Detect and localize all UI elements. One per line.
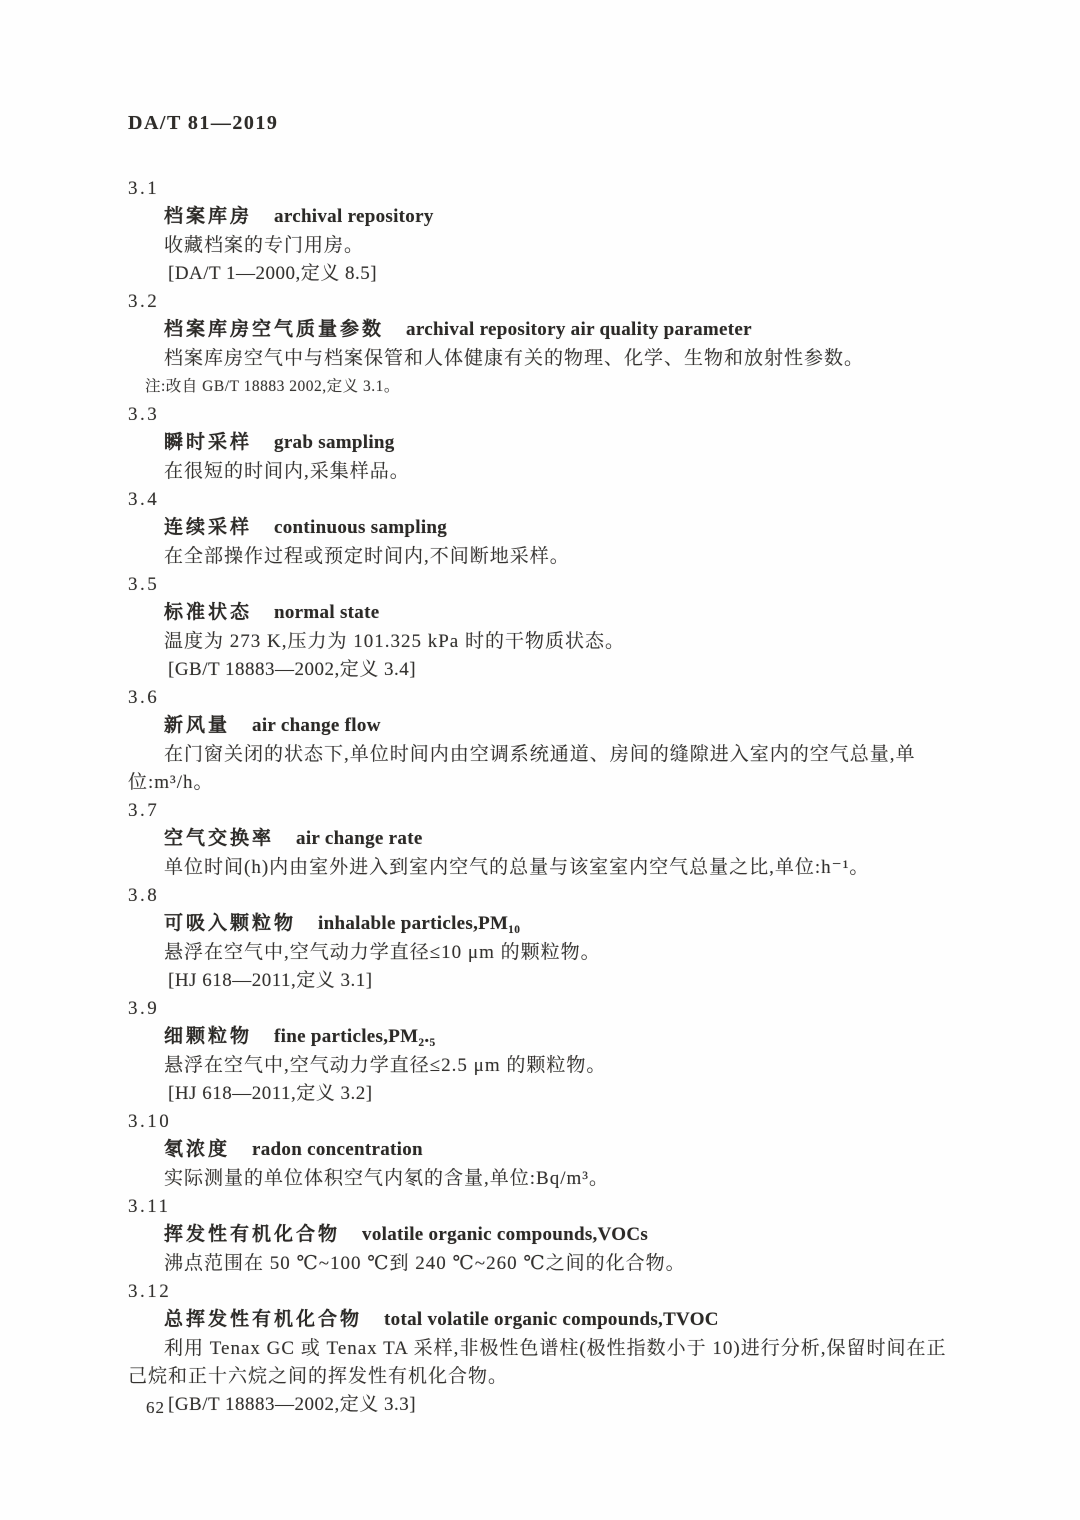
section-number: 3.6 xyxy=(128,684,962,712)
definition-text: 温度为 273 K,压力为 101.325 kPa 时的干物质状态。 xyxy=(128,628,962,656)
term-en: continuous sampling xyxy=(274,517,447,538)
term-line: 新风量air change flow xyxy=(128,712,962,741)
term-zh: 连续采样 xyxy=(164,517,252,538)
definition-section: 3.3 瞬时采样grab sampling 在很短的时间内,采集样品。 xyxy=(128,401,962,486)
section-number: 3.4 xyxy=(128,486,962,514)
definition-section: 3.6 新风量air change flow 在门窗关闭的状态下,单位时间内由空… xyxy=(128,684,962,797)
document-code: DA/T 81—2019 xyxy=(128,112,962,135)
term-line: 总挥发性有机化合物total volatile organic compound… xyxy=(128,1306,962,1335)
term-en: archival repository xyxy=(274,206,434,227)
definition-section: 3.5 标准状态normal state 温度为 273 K,压力为 101.3… xyxy=(128,571,962,684)
term-zh: 挥发性有机化合物 xyxy=(164,1224,340,1245)
term-line: 标准状态normal state xyxy=(128,599,962,628)
term-en: inhalable particles,PM₁₀ xyxy=(318,913,520,934)
definition-section: 3.11 挥发性有机化合物volatile organic compounds,… xyxy=(128,1193,962,1278)
term-en: total volatile organic compounds,TVOC xyxy=(384,1309,719,1330)
section-number: 3.2 xyxy=(128,288,962,316)
section-number: 3.8 xyxy=(128,882,962,910)
term-line: 档案库房空气质量参数archival repository air qualit… xyxy=(128,316,962,345)
section-number: 3.5 xyxy=(128,571,962,599)
term-en: normal state xyxy=(274,602,379,623)
source-reference: [HJ 618—2011,定义 3.2] xyxy=(128,1080,962,1108)
definition-text: 在门窗关闭的状态下,单位时间内由空调系统通道、房间的缝隙进入室内的空气总量,单位… xyxy=(128,741,962,797)
section-number: 3.7 xyxy=(128,797,962,825)
definition-section: 3.2 档案库房空气质量参数archival repository air qu… xyxy=(128,288,962,401)
definition-section: 3.12 总挥发性有机化合物total volatile organic com… xyxy=(128,1278,962,1419)
term-en: volatile organic compounds,VOCs xyxy=(362,1224,648,1245)
term-zh: 瞬时采样 xyxy=(164,432,252,453)
source-reference: [DA/T 1—2000,定义 8.5] xyxy=(128,260,962,288)
section-number: 3.11 xyxy=(128,1193,962,1221)
definition-text: 在全部操作过程或预定时间内,不间断地采样。 xyxy=(128,543,962,571)
source-reference: [GB/T 18883—2002,定义 3.4] xyxy=(128,656,962,684)
term-line: 连续采样continuous sampling xyxy=(128,514,962,543)
definition-section: 3.4 连续采样continuous sampling 在全部操作过程或预定时间… xyxy=(128,486,962,571)
definition-text: 悬浮在空气中,空气动力学直径≤2.5 μm 的颗粒物。 xyxy=(128,1052,962,1080)
term-zh: 氡浓度 xyxy=(164,1139,230,1160)
term-line: 瞬时采样grab sampling xyxy=(128,429,962,458)
term-zh: 标准状态 xyxy=(164,602,252,623)
definition-text: 实际测量的单位体积空气内氡的含量,单位:Bq/m³。 xyxy=(128,1165,962,1193)
definition-text: 利用 Tenax GC 或 Tenax TA 采样,非极性色谱柱(极性指数小于 … xyxy=(128,1335,962,1391)
term-line: 档案库房archival repository xyxy=(128,203,962,232)
section-number: 3.12 xyxy=(128,1278,962,1306)
definition-section: 3.1 档案库房archival repository 收藏档案的专门用房。 [… xyxy=(128,175,962,288)
definition-section: 3.8 可吸入颗粒物inhalable particles,PM₁₀ 悬浮在空气… xyxy=(128,882,962,995)
section-number: 3.9 xyxy=(128,995,962,1023)
definition-section: 3.9 细颗粒物fine particles,PM₂.₅ 悬浮在空气中,空气动力… xyxy=(128,995,962,1108)
definition-text: 单位时间(h)内由室外进入到室内空气的总量与该室室内空气总量之比,单位:h⁻¹。 xyxy=(128,854,962,882)
source-reference: [HJ 618—2011,定义 3.1] xyxy=(128,967,962,995)
definition-text: 沸点范围在 50 ℃~100 ℃到 240 ℃~260 ℃之间的化合物。 xyxy=(128,1250,962,1278)
term-en: air change flow xyxy=(252,715,381,736)
term-line: 空气交换率air change rate xyxy=(128,825,962,854)
page-number: 62 xyxy=(146,1398,165,1418)
term-zh: 可吸入颗粒物 xyxy=(164,913,296,934)
document-page: DA/T 81—2019 3.1 档案库房archival repository… xyxy=(0,0,1080,1520)
term-en: grab sampling xyxy=(274,432,395,453)
term-en: air change rate xyxy=(296,828,423,849)
term-zh: 新风量 xyxy=(164,715,230,736)
term-line: 细颗粒物fine particles,PM₂.₅ xyxy=(128,1023,962,1052)
term-line: 氡浓度radon concentration xyxy=(128,1136,962,1165)
term-en: fine particles,PM₂.₅ xyxy=(274,1026,435,1047)
term-zh: 档案库房空气质量参数 xyxy=(164,319,384,340)
definition-text: 收藏档案的专门用房。 xyxy=(128,232,962,260)
section-number: 3.3 xyxy=(128,401,962,429)
section-number: 3.1 xyxy=(128,175,962,203)
term-en: archival repository air quality paramete… xyxy=(406,319,752,340)
source-reference: [GB/T 18883—2002,定义 3.3] xyxy=(128,1391,962,1419)
definition-text: 悬浮在空气中,空气动力学直径≤10 μm 的颗粒物。 xyxy=(128,939,962,967)
note-text: 注:改自 GB/T 18883 2002,定义 3.1。 xyxy=(128,373,962,401)
definition-text: 在很短的时间内,采集样品。 xyxy=(128,458,962,486)
section-number: 3.10 xyxy=(128,1108,962,1136)
term-zh: 档案库房 xyxy=(164,206,252,227)
term-line: 挥发性有机化合物volatile organic compounds,VOCs xyxy=(128,1221,962,1250)
term-en: radon concentration xyxy=(252,1139,423,1160)
term-line: 可吸入颗粒物inhalable particles,PM₁₀ xyxy=(128,910,962,939)
term-zh: 总挥发性有机化合物 xyxy=(164,1309,362,1330)
term-zh: 空气交换率 xyxy=(164,828,274,849)
definition-section: 3.10 氡浓度radon concentration 实际测量的单位体积空气内… xyxy=(128,1108,962,1193)
term-zh: 细颗粒物 xyxy=(164,1026,252,1047)
definition-text: 档案库房空气中与档案保管和人体健康有关的物理、化学、生物和放射性参数。 xyxy=(128,345,962,373)
definitions-list: 3.1 档案库房archival repository 收藏档案的专门用房。 [… xyxy=(128,175,962,1419)
definition-section: 3.7 空气交换率air change rate 单位时间(h)内由室外进入到室… xyxy=(128,797,962,882)
